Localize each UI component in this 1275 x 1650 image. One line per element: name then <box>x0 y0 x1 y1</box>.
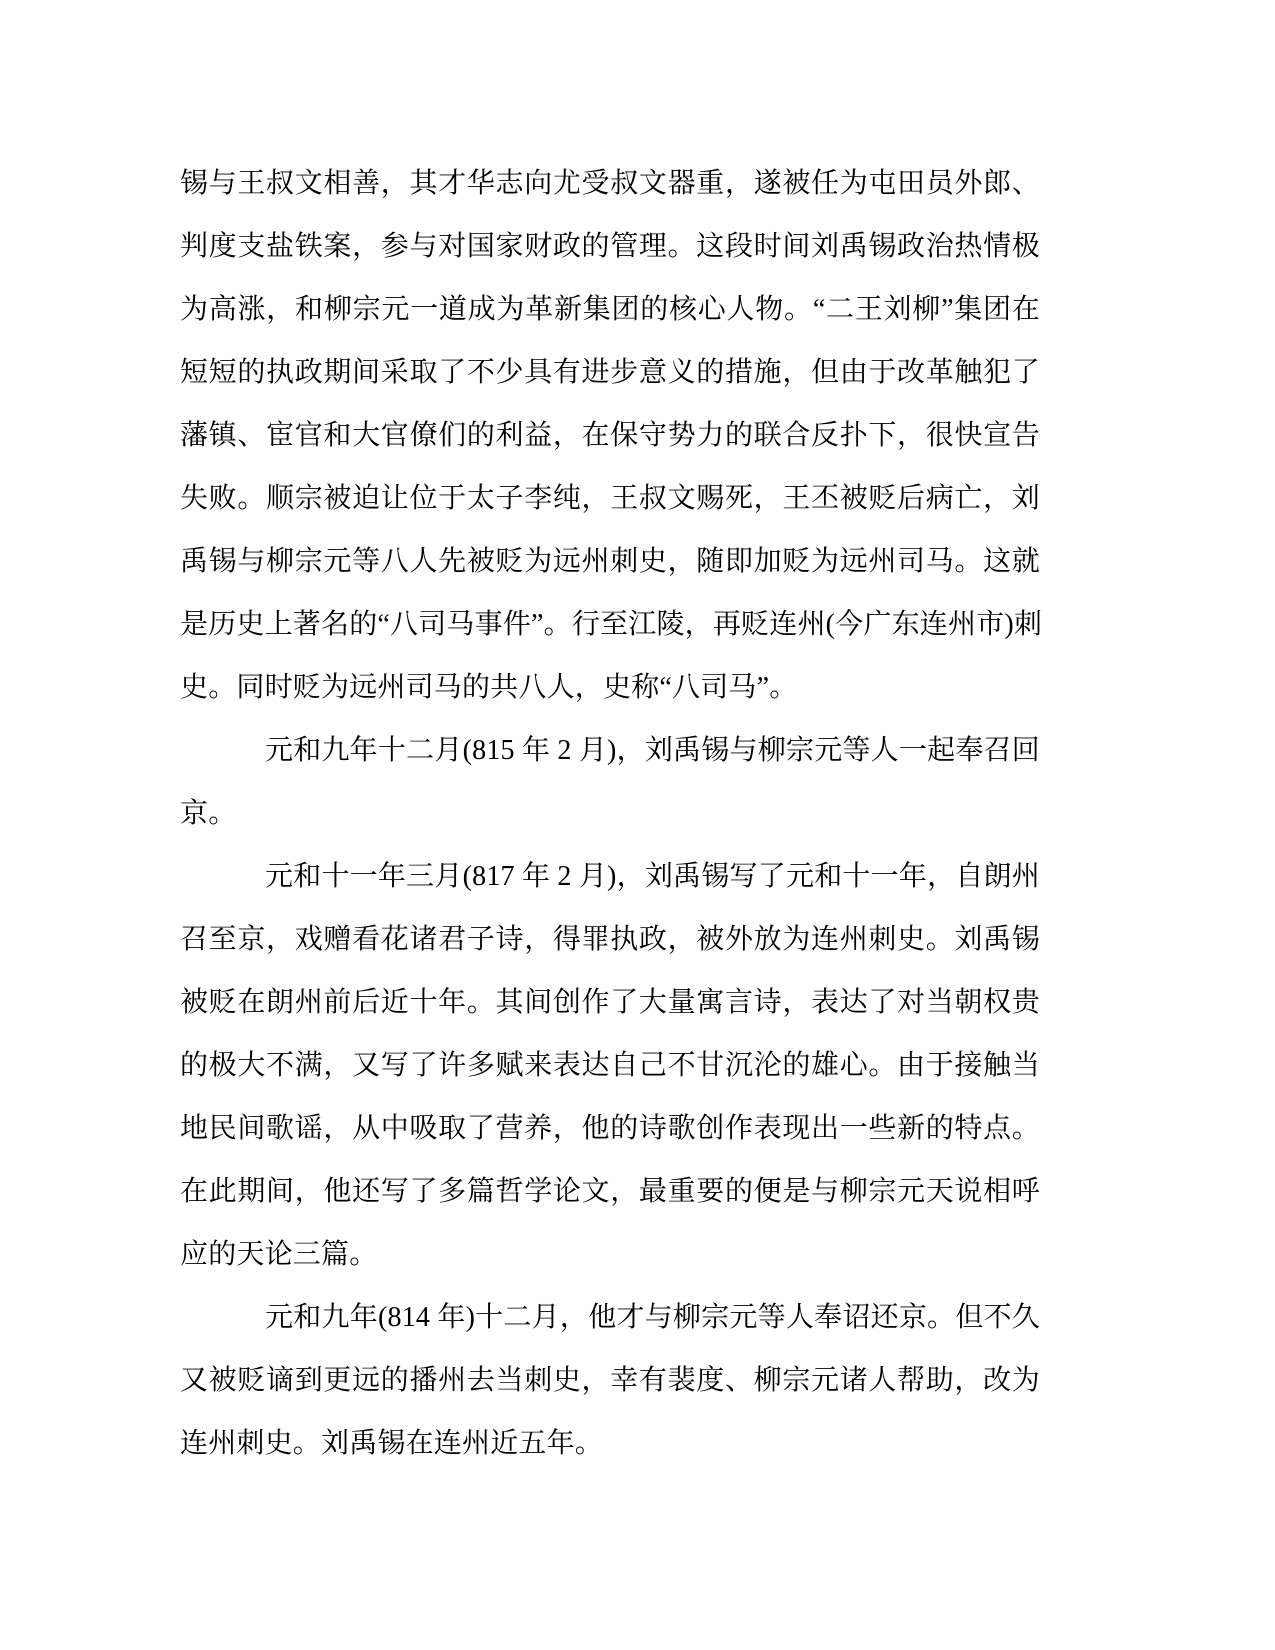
document-page: 锡与王叔文相善，其才华志向尤受叔文器重，遂被任为屯田员外郎、判度支盐铁案，参与对… <box>0 0 1275 1650</box>
text-line: 元和十一年三月(817 年 2 月)，刘禹锡写了元和十一年，自朗州 <box>180 845 1040 908</box>
text-line: 元和九年十二月(815 年 2 月)，刘禹锡与柳宗元等人一起奉召回 <box>180 719 1040 782</box>
text-line: 为高涨，和柳宗元一道成为革新集团的核心人物。“二王刘柳”集团在 <box>180 278 1040 341</box>
text-line: 短短的执政期间采取了不少具有进步意义的措施，但由于改革触犯了 <box>180 341 1040 404</box>
text-line: 被贬在朗州前后近十年。其间创作了大量寓言诗，表达了对当朝权贵 <box>180 971 1040 1034</box>
text-line: 连州刺史。刘禹锡在连州近五年。 <box>180 1412 1040 1475</box>
paragraph: 元和九年(814 年)十二月，他才与柳宗元等人奉诏还京。但不久又被贬谪到更远的播… <box>180 1286 1040 1475</box>
text-line: 判度支盐铁案，参与对国家财政的管理。这段时间刘禹锡政治热情极 <box>180 215 1040 278</box>
text-line: 召至京，戏赠看花诸君子诗，得罪执政，被外放为连州刺史。刘禹锡 <box>180 908 1040 971</box>
text-line: 禹锡与柳宗元等八人先被贬为远州刺史，随即加贬为远州司马。这就 <box>180 530 1040 593</box>
paragraph: 元和九年十二月(815 年 2 月)，刘禹锡与柳宗元等人一起奉召回京。 <box>180 719 1040 845</box>
document-text: 锡与王叔文相善，其才华志向尤受叔文器重，遂被任为屯田员外郎、判度支盐铁案，参与对… <box>180 152 1040 1475</box>
text-line: 在此期间，他还写了多篇哲学论文，最重要的便是与柳宗元天说相呼 <box>180 1160 1040 1223</box>
paragraph: 锡与王叔文相善，其才华志向尤受叔文器重，遂被任为屯田员外郎、判度支盐铁案，参与对… <box>180 152 1040 719</box>
text-line: 应的天论三篇。 <box>180 1223 1040 1286</box>
text-line: 是历史上著名的“八司马事件”。行至江陵，再贬连州(今广东连州市)刺 <box>180 593 1040 656</box>
text-line: 地民间歌谣，从中吸取了营养，他的诗歌创作表现出一些新的特点。 <box>180 1097 1040 1160</box>
text-line: 元和九年(814 年)十二月，他才与柳宗元等人奉诏还京。但不久 <box>180 1286 1040 1349</box>
text-line: 史。同时贬为远州司马的共八人，史称“八司马”。 <box>180 656 1040 719</box>
text-line: 的极大不满，又写了许多赋来表达自己不甘沉沦的雄心。由于接触当 <box>180 1034 1040 1097</box>
text-line: 京。 <box>180 782 1040 845</box>
text-line: 失败。顺宗被迫让位于太子李纯，王叔文赐死，王丕被贬后病亡，刘 <box>180 467 1040 530</box>
text-line: 藩镇、宦官和大官僚们的利益，在保守势力的联合反扑下，很快宣告 <box>180 404 1040 467</box>
paragraph: 元和十一年三月(817 年 2 月)，刘禹锡写了元和十一年，自朗州召至京，戏赠看… <box>180 845 1040 1286</box>
text-line: 锡与王叔文相善，其才华志向尤受叔文器重，遂被任为屯田员外郎、 <box>180 152 1040 215</box>
text-line: 又被贬谪到更远的播州去当刺史，幸有裴度、柳宗元诸人帮助，改为 <box>180 1349 1040 1412</box>
